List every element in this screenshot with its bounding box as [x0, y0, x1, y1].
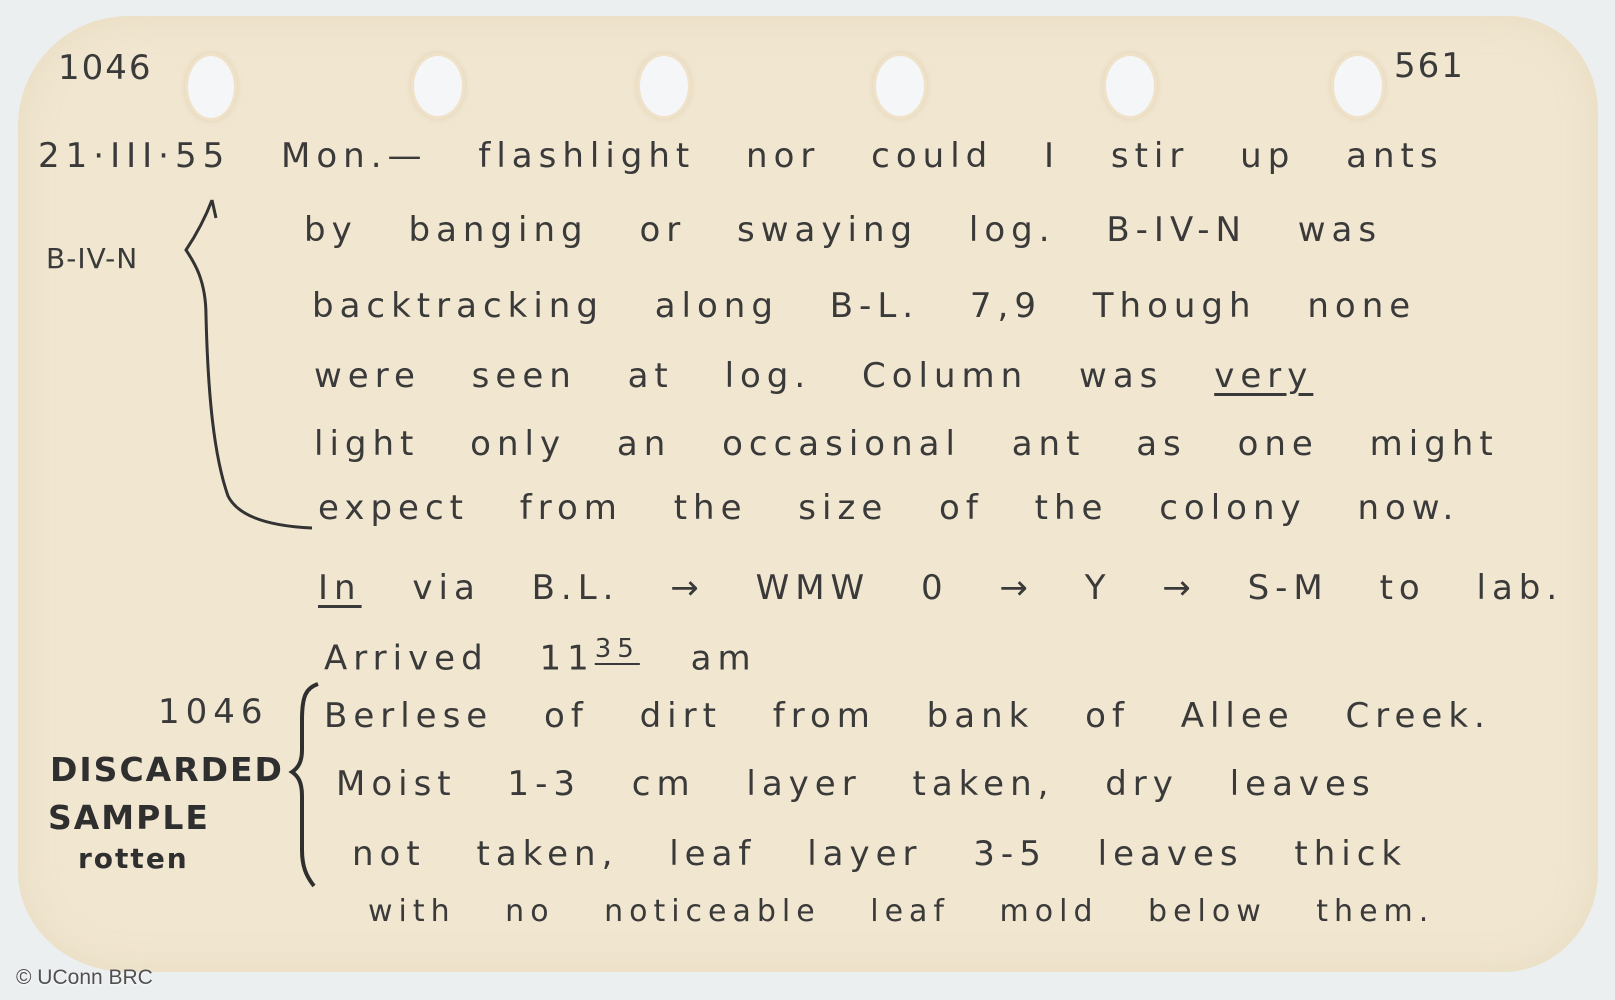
sample-brace-icon — [288, 680, 328, 890]
entry-line-4-text: were seen at log. Column was — [314, 356, 1163, 396]
arrived-text: Arrived 11 — [324, 638, 595, 678]
sample-status-discarded: DISCARDED — [50, 750, 284, 789]
route-text: via B.L. → WMW 0 → Y → S-M to lab. — [412, 568, 1563, 608]
emphasis-very: very — [1214, 356, 1313, 396]
entry-line-6: expect from the size of the colony now. — [318, 488, 1459, 528]
entry-line-4: were seen at log. Column was very — [314, 356, 1313, 396]
entry-line-2: by banging or swaying log. B-IV-N was — [304, 210, 1382, 250]
entry-line-7: In via B.L. → WMW 0 → Y → S-M to lab. — [318, 568, 1563, 608]
entry-line-5: light only an occasional ant as one migh… — [314, 424, 1499, 464]
entry-line-3: backtracking along B-L. 7,9 Though none — [312, 286, 1416, 326]
index-card: 1046 561 21·III·55 Mon.— flashlight nor … — [18, 16, 1598, 972]
entry-text: flashlight nor could I stir up ants — [478, 136, 1443, 176]
entry-date: 21·III·55 — [38, 136, 230, 176]
sample-status-sample: SAMPLE — [48, 798, 210, 837]
sample-line-3: not taken, leaf layer 3-5 leaves thick — [352, 834, 1407, 874]
copyright-credit: © UConn BRC — [16, 966, 153, 990]
sample-number: 1046 — [158, 692, 269, 732]
punch-hole-3 — [640, 56, 688, 116]
punch-hole-1 — [188, 56, 234, 118]
entry-line-8: Arrived 1135 am — [324, 634, 757, 678]
sample-line-1: Berlese of dirt from bank of Allee Creek… — [324, 696, 1491, 736]
card-number-left: 1046 — [58, 48, 153, 88]
punch-hole-6 — [1334, 56, 1382, 116]
punch-hole-2 — [414, 56, 462, 116]
arrived-minutes: 35 — [595, 634, 640, 664]
sample-status-rotten: rotten — [78, 842, 189, 875]
entry-line-1: 21·III·55 Mon.— flashlight nor could I s… — [38, 136, 1444, 176]
scan-viewer: 1046 561 21·III·55 Mon.— flashlight nor … — [0, 0, 1615, 1000]
punch-hole-4 — [876, 56, 924, 116]
arrived-am: am — [691, 638, 757, 678]
entry-day: Mon.— — [281, 136, 428, 176]
card-number-right: 561 — [1394, 46, 1465, 86]
punch-hole-5 — [1106, 56, 1154, 116]
sample-line-2: Moist 1-3 cm layer taken, dry leaves — [336, 764, 1376, 804]
emphasis-in: In — [318, 568, 362, 608]
colony-label: B-IV-N — [46, 242, 138, 275]
sample-line-4: with no noticeable leaf mold below them. — [368, 894, 1434, 929]
